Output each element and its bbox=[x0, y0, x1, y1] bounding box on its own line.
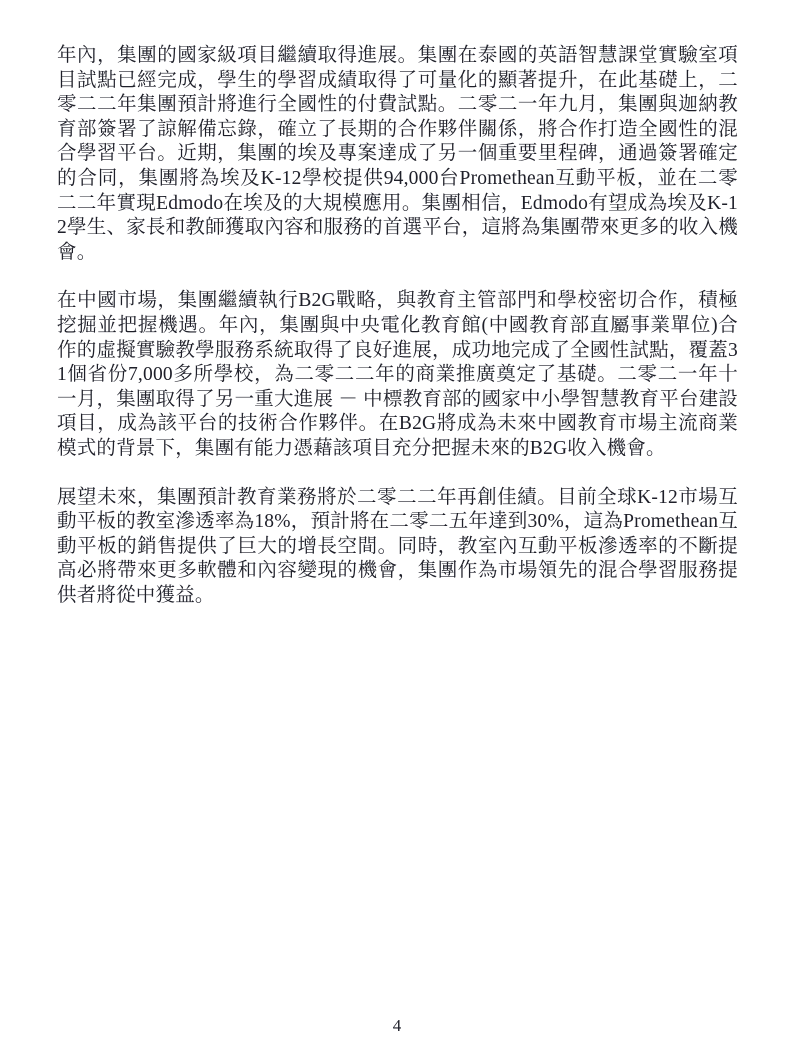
paragraph-china-market: 在中國市場，集團繼續執行B2G戰略，與教育主管部門和學校密切合作，積極挖掘並把握… bbox=[57, 289, 738, 461]
document-page: 年內，集團的國家級項目繼續取得進展。集團在泰國的英語智慧課堂實驗室項目試點已經完… bbox=[0, 0, 794, 1058]
page-number: 4 bbox=[0, 1016, 794, 1036]
paragraph-outlook: 展望未來，集團預計教育業務將於二零二二年再創佳績。目前全球K-12市場互動平板的… bbox=[57, 486, 738, 609]
text-block: 年內，集團的國家級項目繼續取得進展。集團在泰國的英語智慧課堂實驗室項目試點已經完… bbox=[57, 44, 738, 608]
paragraph-national-projects: 年內，集團的國家級項目繼續取得進展。集團在泰國的英語智慧課堂實驗室項目試點已經完… bbox=[57, 44, 738, 265]
